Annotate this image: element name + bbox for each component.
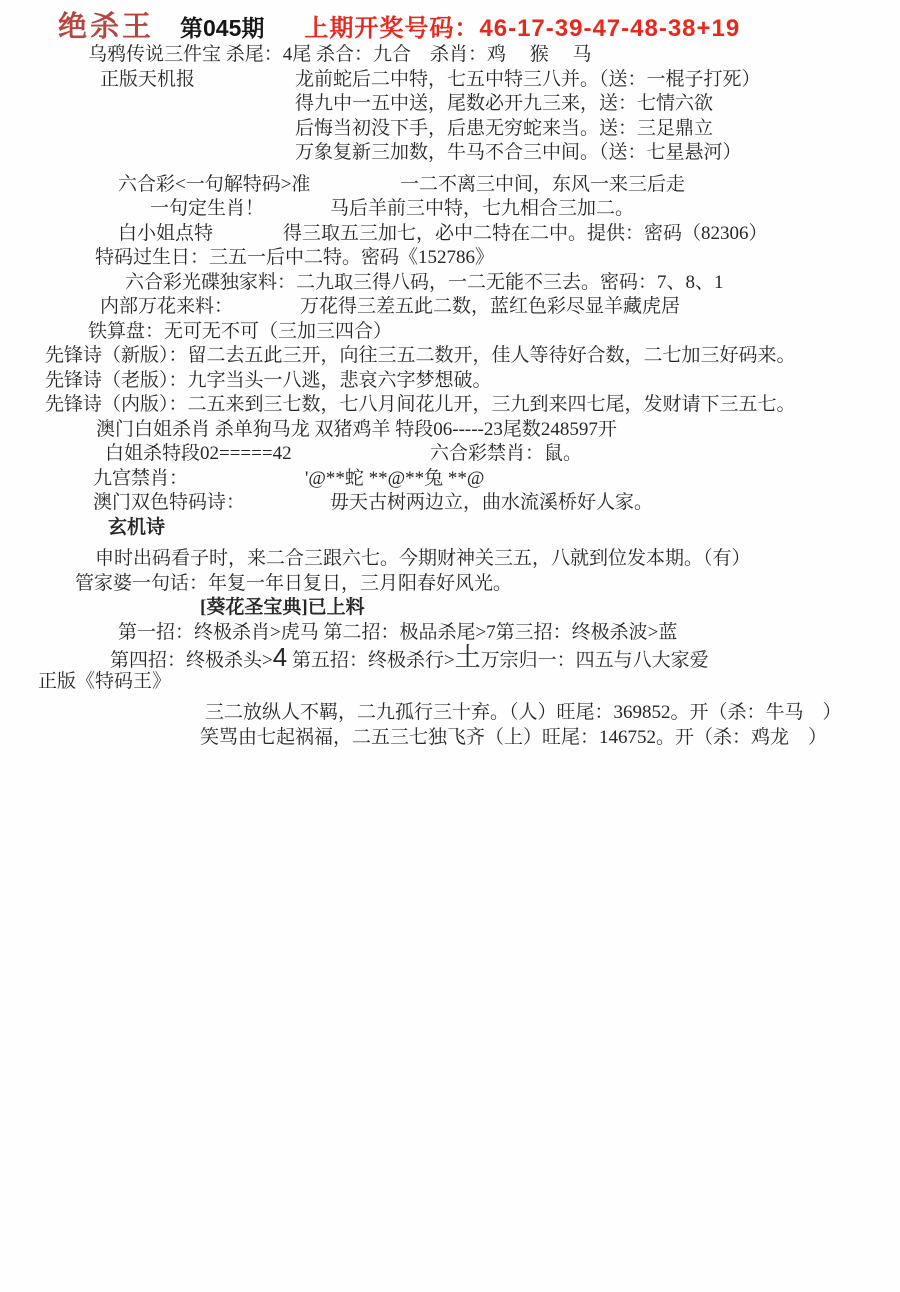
line-xianfeng-neiban: 先锋诗（内版）：二五来到三七数，七八月间花儿开，三九到来四七尾，发财请下三五七。 <box>0 393 900 418</box>
line-text: 万花得三差五此二数，蓝红色彩尽显羊藏虎居 <box>300 295 680 320</box>
line-text: 先锋诗（老版）：九字当头一八逃，悲哀六字梦想破。 <box>45 370 492 391</box>
line-temawang-verse-2: 笑骂由七起祸福，二五三七独飞齐（上）旺尾：146752。开（杀：鸡龙 ） <box>0 726 900 751</box>
line-text: 管家婆一句话：年复一年日复日，三月阳春好风光。 <box>75 573 512 594</box>
line-guangdie-liao: 六合彩光碟独家料：二九取三得八码，一二无能不三去。密码：7、8、1 <box>0 271 900 296</box>
line-text: 乌鸦传说三件宝 杀尾：4尾 杀合：九合 杀肖：鸡 猴 马 <box>88 44 592 65</box>
scanned-lottery-sheet: 绝杀王 第045期 上期开奖号码：46-17-39-47-48-38+19 乌鸦… <box>0 0 900 1292</box>
line-tianjibao-3: 后悔当初没下手，后患无穷蛇来当。送：三足鼎立 <box>0 117 900 142</box>
line-text: 澳门白姐杀肖 杀单狗马龙 双猪鸡羊 特段06-----23尾数248597开 <box>96 419 617 440</box>
line-text: 先锋诗（内版）：二五来到三七数，七八月间花儿开，三九到来四七尾，发财请下三五七。 <box>45 394 796 415</box>
line-tianjibao-4: 万象复新三加数，牛马不合三中间。（送：七星悬河） <box>0 141 900 166</box>
line-tema-shengri: 特码过生日：三五一后中二特。密码《152786》 <box>0 246 900 271</box>
line-text: 得三取五三加七，必中二特在二中。提供：密码（82306） <box>283 222 768 247</box>
line-xuanjishi-verse: 申时出码看子时，来二合三跟六七。今期财神关三五，八就到位发本期。（有） <box>0 547 900 572</box>
line-text: 申时出码看子时，来二合三跟六七。今期财神关三五，八就到位发本期。（有） <box>95 548 751 569</box>
line-text: 玄机诗 <box>108 517 165 538</box>
line-text: 得九中一五中送，尾数必开九三来，送：七情六欲 <box>295 93 713 114</box>
line-shuangse-temashi: 澳门双色特码诗： 毋天古树两边立，曲水流溪桥好人家。 <box>0 491 900 516</box>
line-text: 第五招：终极杀行> <box>287 650 454 671</box>
line-text: 毋天古树两边立，曲水流溪桥好人家。 <box>330 491 653 516</box>
zhao4-number: 4 <box>273 642 287 672</box>
line-text: 龙前蛇后二中特，七五中特三八并。（送：一棍子打死） <box>295 68 761 93</box>
line-text: 六合彩光碟独家料：二九取三得八码，一二无能不三去。密码：7、8、1 <box>125 272 724 293</box>
line-xuanjishi-heading: 玄机诗 <box>0 516 900 541</box>
line-zhao-123: 第一招：终极杀肖>虎马 第二招：极品杀尾>7第三招：终极杀波>蓝 <box>0 621 900 646</box>
yiju-label: 六合彩<一句解特码>准 <box>118 173 400 198</box>
line-text: 铁算盘：无可无不可（三加三四合） <box>88 321 392 342</box>
line-text: 先锋诗（新版）：留二去五此三开，向往三五二数开，佳人等待好合数，二七加三好码来。 <box>45 345 796 366</box>
line-text: 马后羊前三中特，七九相合三加二。 <box>330 197 634 222</box>
line-yiju-shengxiao: 一句定生肖！ 马后羊前三中特，七九相合三加二。 <box>0 197 900 222</box>
jinxiao-text: 六合彩禁肖：鼠。 <box>430 442 582 467</box>
line-zhao-45: 第四招：终极杀头>4 第五招：终极杀行>土万宗归一：四五与八大家爱 <box>0 645 900 670</box>
line-yiju-jietema: 六合彩<一句解特码>准 一二不离三中间，东风一来三后走 <box>0 173 900 198</box>
wanhua-label: 内部万花来料： <box>100 295 300 320</box>
shateduan-label: 白姐杀特段02=====42 <box>105 442 430 467</box>
baixiaojie-label: 白小姐点特 <box>118 222 283 247</box>
line-tianjibao-1: 正版天机报 龙前蛇后二中特，七五中特三八并。（送：一棍子打死） <box>0 68 900 93</box>
line-baixiaojie-diante: 白小姐点特 得三取五三加七，必中二特在二中。提供：密码（82306） <box>0 222 900 247</box>
line-tianjibao-2: 得九中一五中送，尾数必开九三来，送：七情六欲 <box>0 92 900 117</box>
line-text: 特码过生日：三五一后中二特。密码《152786》 <box>95 247 494 268</box>
zhao5-element: 土 <box>455 642 481 672</box>
line-temawang-verse-1: 三二放纵人不羁，二九孤行三十弃。（人）旺尾：369852。开（杀：牛马 ） <box>0 701 900 726</box>
previous-draw-numbers: 上期开奖号码：46-17-39-47-48-38+19 <box>304 8 740 43</box>
line-wanhua-liao: 内部万花来料： 万花得三差五此二数，蓝红色彩尽显羊藏虎居 <box>0 295 900 320</box>
line-text: [葵花圣宝典]已上料 <box>200 597 365 618</box>
line-jiugong-jinxiao: 九宫禁肖： '@**蛇 **@**兔 **@ <box>0 467 900 492</box>
line-aomen-baijie-shaxiao: 澳门白姐杀肖 杀单狗马龙 双猪鸡羊 特段06-----23尾数248597开 <box>0 418 900 443</box>
issue-number: 第045期 <box>180 10 264 43</box>
line-guanjiapo: 管家婆一句话：年复一年日复日，三月阳春好风光。 <box>0 572 900 597</box>
shengxiao-label: 一句定生肖！ <box>150 197 330 222</box>
sheet-body: 乌鸦传说三件宝 杀尾：4尾 杀合：九合 杀肖：鸡 猴 马 正版天机报 龙前蛇后二… <box>0 40 900 750</box>
line-text: 万象复新三加数，牛马不合三中间。（送：七星悬河） <box>295 142 742 163</box>
page-title: 绝杀王 <box>58 4 154 45</box>
line-text: 第四招：终极杀头> <box>110 650 273 671</box>
line-temawang-heading: 正版《特码王》 <box>0 670 900 695</box>
line-text: '@**蛇 **@**兔 **@ <box>305 467 484 492</box>
line-text: 万宗归一：四五与八大家爱 <box>481 650 709 671</box>
jiugong-label: 九宫禁肖： <box>93 467 305 492</box>
line-text: 一二不离三中间，东风一来三后走 <box>400 173 685 198</box>
line-text: 正版《特码王》 <box>38 671 171 692</box>
line-crow-legend: 乌鸦传说三件宝 杀尾：4尾 杀合：九合 杀肖：鸡 猴 马 <box>0 43 900 68</box>
line-text: 三二放纵人不羁，二九孤行三十弃。（人）旺尾：369852。开（杀：牛马 ） <box>205 702 842 723</box>
page-header: 绝杀王 第045期 上期开奖号码：46-17-39-47-48-38+19 <box>0 0 900 40</box>
line-xianfeng-xinban: 先锋诗（新版）：留二去五此三开，向往三五二数开，佳人等待好合数，二七加三好码来。 <box>0 344 900 369</box>
line-text: 后悔当初没下手，后患无穷蛇来当。送：三足鼎立 <box>295 118 713 139</box>
shuangse-label: 澳门双色特码诗： <box>93 491 330 516</box>
line-text: 笑骂由七起祸福，二五三七独飞齐（上）旺尾：146752。开（杀：鸡龙 ） <box>200 727 827 748</box>
line-tiesuanpan: 铁算盘：无可无不可（三加三四合） <box>0 320 900 345</box>
tianjibao-label: 正版天机报 <box>100 68 295 93</box>
line-baijie-shateduan: 白姐杀特段02=====42 六合彩禁肖：鼠。 <box>0 442 900 467</box>
line-xianfeng-laoban: 先锋诗（老版）：九字当头一八逃，悲哀六字梦想破。 <box>0 369 900 394</box>
line-text: 第一招：终极杀肖>虎马 第二招：极品杀尾>7第三招：终极杀波>蓝 <box>118 622 677 643</box>
line-kuihua-heading: [葵花圣宝典]已上料 <box>0 596 900 621</box>
